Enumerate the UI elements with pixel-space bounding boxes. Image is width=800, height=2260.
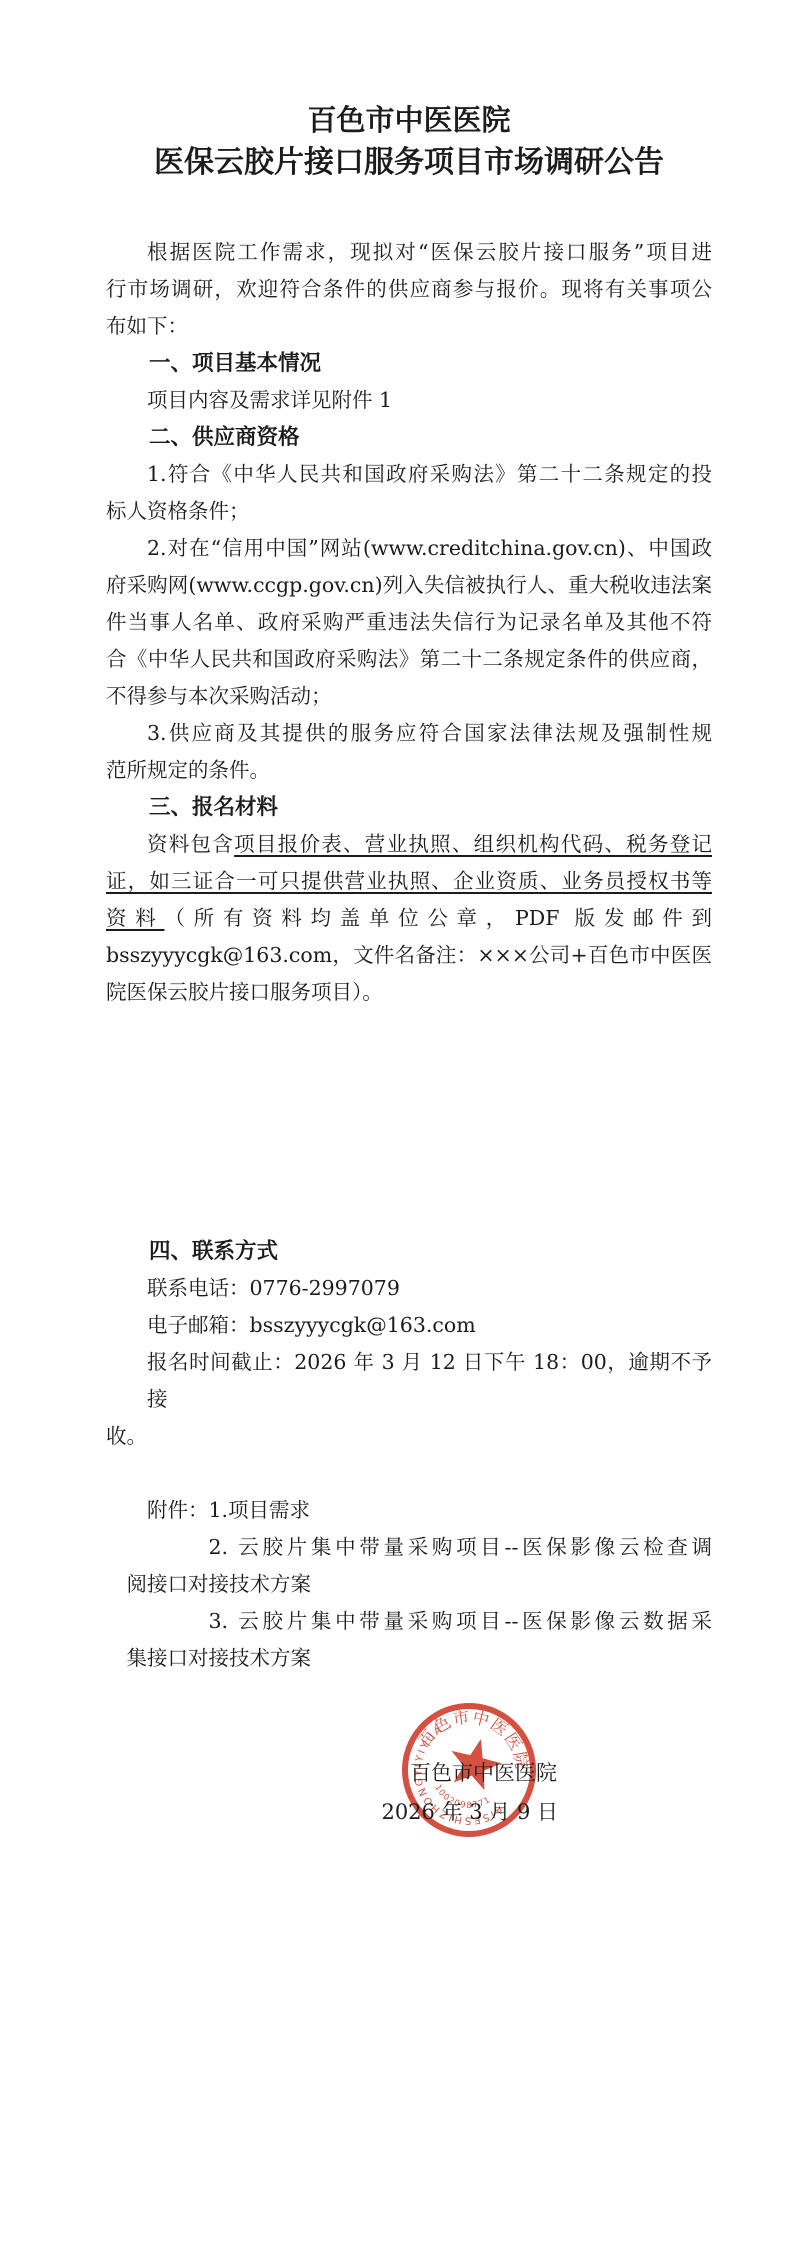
text-segment: 附件：1.项目需求 (147, 1498, 310, 1522)
doc-line: 收。 (106, 1418, 712, 1455)
document-title: 百色市中医医院 (106, 100, 712, 140)
doc-line: 3.供应商及其提供的服务应符合国家法律法规及强制性规 (106, 715, 712, 752)
doc-line: 根据医院工作需求，现拟对“医保云胶片接口服务”项目进 (106, 234, 712, 271)
text-segment: 府采购网(www.ccgp.gov.cn)列入失信被执行人、重大税收违法案 (106, 573, 712, 597)
doc-line: 标人资格条件； (106, 493, 712, 530)
doc-line: 行市场调研，欢迎符合条件的供应商参与报价。现将有关事项公 (106, 271, 712, 308)
section-heading-line: 四、联系方式 (106, 1233, 712, 1270)
text-segment: 电子邮箱：bsszyyycgk@163.com (147, 1313, 476, 1337)
doc-line: 联系电话：0776-2997079 (106, 1270, 712, 1307)
doc-line: 集接口对接技术方案 (106, 1640, 712, 1677)
section-heading-line: 一、项目基本情况 (106, 345, 712, 382)
doc-line: bsszyyycgk@163.com，文件名备注：×××公司+百色市中医医 (106, 937, 712, 974)
text-segment: 范所规定的条件。 (106, 758, 270, 782)
document-text-lines: 根据医院工作需求，现拟对“医保云胶片接口服务”项目进行市场调研，欢迎符合条件的供… (106, 234, 712, 1677)
doc-line: 府采购网(www.ccgp.gov.cn)列入失信被执行人、重大税收违法案 (106, 567, 712, 604)
document-page: 百色市中医医院 医保云胶片接口服务项目市场调研公告 根据医院工作需求，现拟对“医… (0, 0, 800, 2260)
text-segment: 资料包含 (147, 832, 234, 856)
doc-line: 电子邮箱：bsszyyycgk@163.com (106, 1307, 712, 1344)
text-segment: 件当事人名单、政府采购严重违法失信行为记录名单及其他不符 (106, 610, 712, 634)
text-segment: 报名时间截止：2026 年 3 月 12 日下午 18：00，逾期不予接 (147, 1350, 712, 1411)
document-subtitle: 医保云胶片接口服务项目市场调研公告 (106, 140, 712, 186)
text-segment: 3. 云胶片集中带量采购项目--医保影像云数据采 (209, 1609, 713, 1633)
text-segment: 行市场调研，欢迎符合条件的供应商参与报价。现将有关事项公 (106, 277, 712, 301)
doc-line: 证，如三证合一可只提供营业执照、企业资质、业务员授权书等 (106, 863, 712, 900)
text-segment: （所有资料均盖单位公章，PDF 版发邮件到 (164, 906, 712, 930)
doc-line: 院医保云胶片接口服务项目）。 (106, 974, 712, 1011)
text-segment: 1.符合《中华人民共和国政府采购法》第二十二条规定的投 (147, 462, 712, 486)
doc-line: 布如下： (106, 308, 712, 345)
doc-line: 附件：1.项目需求 (106, 1492, 712, 1529)
doc-line: 不得参与本次采购活动； (106, 678, 712, 715)
doc-line: 阅接口对接技术方案 (106, 1566, 712, 1603)
doc-line: 项目内容及需求详见附件 1 (106, 382, 712, 419)
signature-org: 百色市中医医院 (410, 1754, 557, 1792)
doc-line: 件当事人名单、政府采购严重违法失信行为记录名单及其他不符 (106, 604, 712, 641)
text-segment: 标人资格条件； (106, 499, 250, 523)
text-segment: bsszyyycgk@163.com，文件名备注：×××公司+百色市中医医 (106, 943, 712, 967)
text-segment: 3.供应商及其提供的服务应符合国家法律法规及强制性规 (147, 721, 712, 745)
doc-line: 合《中华人民共和国政府采购法》第二十二条规定条件的供应商， (106, 641, 712, 678)
text-segment: 院医保云胶片接口服务项目）。 (106, 980, 383, 1004)
doc-line: 1.符合《中华人民共和国政府采购法》第二十二条规定的投 (106, 456, 712, 493)
underlined-text: 资料 (106, 906, 164, 930)
text-segment: 一、项目基本情况 (149, 351, 321, 376)
doc-line: 资料（所有资料均盖单位公章，PDF 版发邮件到 (106, 900, 712, 937)
doc-line: 报名时间截止：2026 年 3 月 12 日下午 18：00，逾期不予接 (106, 1344, 712, 1418)
text-segment: 四、联系方式 (149, 1239, 278, 1264)
underlined-text: 证，如三证合一可只提供营业执照、企业资质、业务员授权书等 (106, 869, 712, 893)
text-segment: 阅接口对接技术方案 (127, 1572, 312, 1596)
doc-line: 3. 云胶片集中带量采购项目--医保影像云数据采 (106, 1603, 712, 1640)
text-segment: 合《中华人民共和国政府采购法》第二十二条规定条件的供应商， (106, 647, 712, 671)
doc-line: 范所规定的条件。 (106, 752, 712, 789)
doc-line: 2. 云胶片集中带量采购项目--医保影像云检查调 (106, 1529, 712, 1566)
text-segment: 布如下： (106, 314, 188, 338)
text-segment: 2.对在“信用中国”网站(www.creditchina.gov.cn)、中国政 (147, 536, 712, 560)
doc-line: 资料包含项目报价表、营业执照、组织机构代码、税务登记 (106, 826, 712, 863)
text-segment: 收。 (106, 1424, 147, 1448)
document-body: 百色市中医医院 医保云胶片接口服务项目市场调研公告 根据医院工作需求，现拟对“医… (106, 0, 712, 1677)
text-segment: 三、报名材料 (149, 795, 278, 820)
text-segment: 集接口对接技术方案 (127, 1646, 312, 1670)
doc-line: 2.对在“信用中国”网站(www.creditchina.gov.cn)、中国政 (106, 530, 712, 567)
section-heading-line: 二、供应商资格 (106, 419, 712, 456)
section-heading-line: 三、报名材料 (106, 789, 712, 826)
text-segment: 项目内容及需求详见附件 1 (147, 388, 392, 412)
signature-date: 2026 年 3 月 9 日 (381, 1793, 558, 1831)
text-segment: 二、供应商资格 (149, 425, 300, 450)
text-segment: 根据医院工作需求，现拟对“医保云胶片接口服务”项目进 (147, 240, 712, 264)
underlined-text: 项目报价表、营业执照、组织机构代码、税务登记 (234, 832, 712, 856)
text-segment: 不得参与本次采购活动； (106, 684, 332, 708)
text-segment: 2. 云胶片集中带量采购项目--医保影像云检查调 (209, 1535, 713, 1559)
text-segment: 联系电话：0776-2997079 (147, 1276, 400, 1300)
